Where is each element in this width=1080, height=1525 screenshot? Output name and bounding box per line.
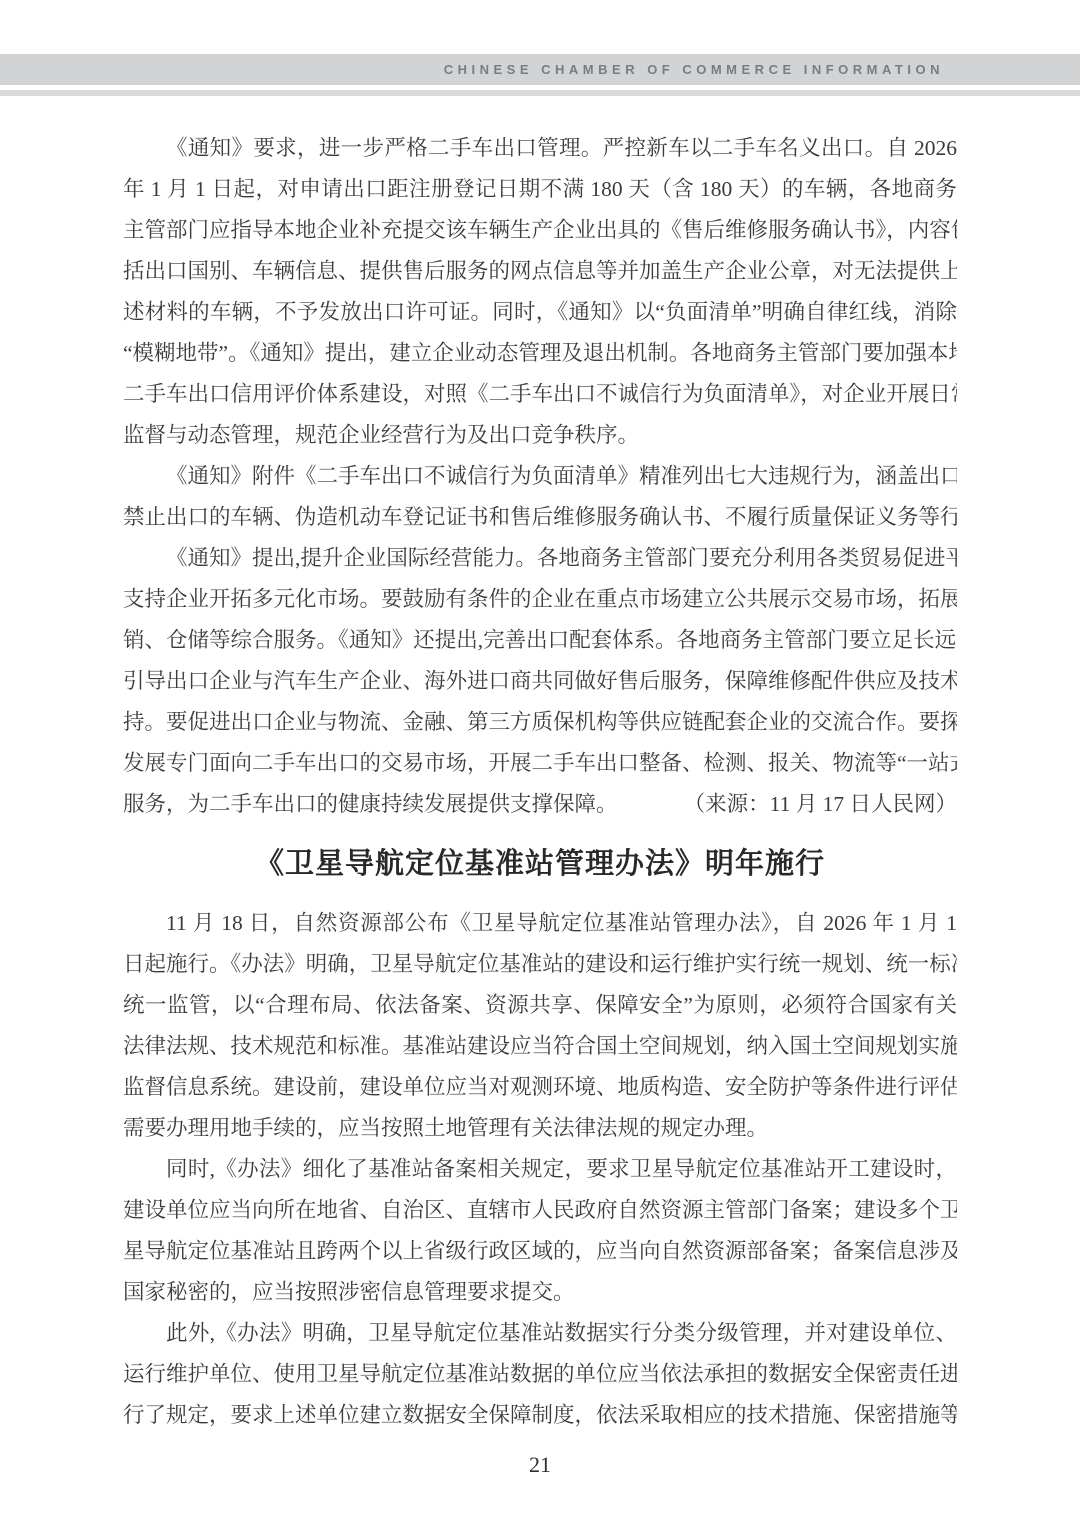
paragraph-line: 《通知》附件《二手车出口不诚信行为负面清单》精准列出七大违规行为，涵盖出口 (123, 456, 957, 497)
paragraph-line: 二手车出口信用评价体系建设，对照《二手车出口不诚信行为负面清单》，对企业开展日常 (123, 374, 957, 415)
paragraph-line: 服务，为二手车出口的健康持续发展提供支撑保障。（来源：11 月 17 日人民网） (123, 784, 957, 825)
articles: 《通知》要求，进一步严格二手车出口管理。严控新车以二手车名义出口。自 2026年… (123, 128, 957, 1436)
paragraph-line: 运行维护单位、使用卫星导航定位基准站数据的单位应当依法承担的数据安全保密责任进 (123, 1354, 957, 1395)
paragraph-line: 同时,《办法》细化了基准站备案相关规定，要求卫星导航定位基准站开工建设时， (123, 1149, 957, 1190)
paragraph-line: 监督与动态管理，规范企业经营行为及出口竞争秩序。 (123, 415, 957, 456)
article: 《卫星导航定位基准站管理办法》明年施行11 月 18 日，自然资源部公布《卫星导… (123, 841, 957, 1436)
paragraph-line: 销、仓储等综合服务。《通知》还提出,完善出口配套体系。各地商务主管部门要立足长远… (123, 620, 957, 661)
document-page: CHINESE CHAMBER OF COMMERCE INFORMATION … (0, 0, 1080, 1525)
paragraph-line: 发展专门面向二手车出口的交易市场，开展二手车出口整备、检测、报关、物流等“一站式… (123, 743, 957, 784)
paragraph-line: 此外,《办法》明确，卫星导航定位基准站数据实行分类分级管理，并对建设单位、 (123, 1313, 957, 1354)
paragraph-line: 日起施行。《办法》明确，卫星导航定位基准站的建设和运行维护实行统一规划、统一标准… (123, 944, 957, 985)
article-heading: 《卫星导航定位基准站管理办法》明年施行 (123, 841, 957, 887)
paragraph-line: “模糊地带”。《通知》提出，建立企业动态管理及退出机制。各地商务主管部门要加强本… (123, 333, 957, 374)
paragraph-line-text: 服务，为二手车出口的健康持续发展提供支撑保障。 (123, 784, 618, 825)
paragraph-line: 11 月 18 日，自然资源部公布《卫星导航定位基准站管理办法》，自 2026 … (123, 903, 957, 944)
paragraph-line: 《通知》要求，进一步严格二手车出口管理。严控新车以二手车名义出口。自 2026 (123, 128, 957, 169)
paragraph-line: 建设单位应当向所在地省、自治区、直辖市人民政府自然资源主管部门备案；建设多个卫 (123, 1190, 957, 1231)
paragraph-line: 星导航定位基准站且跨两个以上省级行政区域的，应当向自然资源部备案；备案信息涉及 (123, 1231, 957, 1272)
paragraph-line: 行了规定，要求上述单位建立数据安全保障制度，依法采取相应的技术措施、保密措施等， (123, 1395, 957, 1436)
paragraph-line: 年 1 月 1 日起，对申请出口距注册登记日期不满 180 天（含 180 天）… (123, 169, 957, 210)
header-band: CHINESE CHAMBER OF COMMERCE INFORMATION (0, 54, 1080, 85)
paragraph-line: 持。要促进出口企业与物流、金融、第三方质保机构等供应链配套企业的交流合作。要探索 (123, 702, 957, 743)
paragraph-line: 主管部门应指导本地企业补充提交该车辆生产企业出具的《售后维修服务确认书》，内容包 (123, 210, 957, 251)
paragraph-line: 《通知》提出,提升企业国际经营能力。各地商务主管部门要充分利用各类贸易促进平台， (123, 538, 957, 579)
header-title: CHINESE CHAMBER OF COMMERCE INFORMATION (444, 62, 944, 77)
header-accent-line (0, 90, 1080, 96)
paragraph-line: 述材料的车辆，不予发放出口许可证。同时，《通知》以“负面清单”明确自律红线，消除 (123, 292, 957, 333)
page-number: 21 (0, 1452, 1080, 1478)
paragraph-line: 支持企业开拓多元化市场。要鼓励有条件的企业在重点市场建立公共展示交易市场，拓展营 (123, 579, 957, 620)
paragraph-line: 国家秘密的，应当按照涉密信息管理要求提交。 (123, 1272, 957, 1313)
paragraph-line: 监督信息系统。建设前，建设单位应当对观测环境、地质构造、安全防护等条件进行评估； (123, 1067, 957, 1108)
paragraph-line: 禁止出口的车辆、伪造机动车登记证书和售后维修服务确认书、不履行质量保证义务等行为… (123, 497, 957, 538)
paragraph-line: 法律法规、技术规范和标准。基准站建设应当符合国土空间规划，纳入国土空间规划实施 (123, 1026, 957, 1067)
paragraph-line: 需要办理用地手续的，应当按照土地管理有关法律法规的规定办理。 (123, 1108, 957, 1149)
source-note: （来源：11 月 17 日人民网） (684, 784, 957, 825)
paragraph-line: 引导出口企业与汽车生产企业、海外进口商共同做好售后服务，保障维修配件供应及技术支 (123, 661, 957, 702)
paragraph-line: 统一监管，以“合理布局、依法备案、资源共享、保障安全”为原则，必须符合国家有关 (123, 985, 957, 1026)
article: 《通知》要求，进一步严格二手车出口管理。严控新车以二手车名义出口。自 2026年… (123, 128, 957, 825)
paragraph-line: 括出口国别、车辆信息、提供售后服务的网点信息等并加盖生产企业公章，对无法提供上 (123, 251, 957, 292)
